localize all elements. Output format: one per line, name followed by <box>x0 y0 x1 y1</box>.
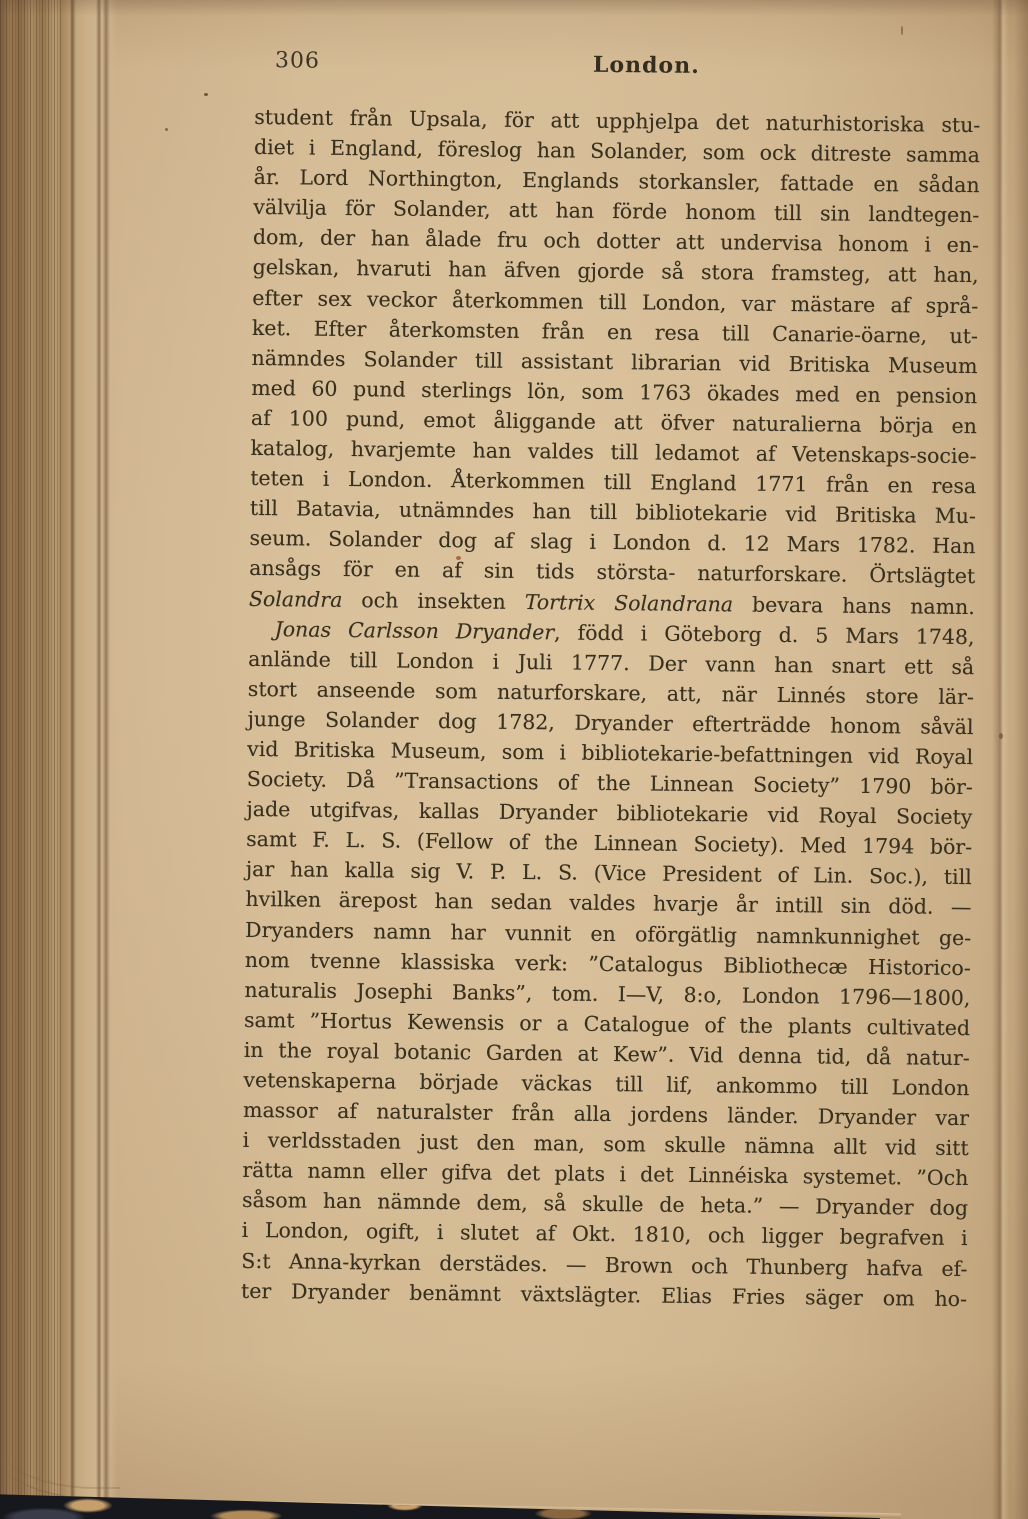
page-number: 306 <box>275 48 320 74</box>
page-content: 306 London. student från Upsala, för att… <box>241 46 981 1314</box>
running-title: London. <box>593 52 700 79</box>
right-edge-shadow <box>1014 0 1028 1519</box>
paper-speck <box>901 26 903 35</box>
paper-speck <box>456 556 461 560</box>
paper-speck <box>999 733 1003 739</box>
top-edge-shadow <box>0 0 1028 16</box>
book-page-edges-left <box>0 0 118 1519</box>
paper-speck <box>165 128 168 131</box>
page-header: 306 London. <box>255 46 981 86</box>
paper-speck <box>204 93 208 96</box>
page-body-text: student från Upsala, för att upphjelpa d… <box>241 102 981 1314</box>
page-gutter-crease <box>992 0 1010 1519</box>
scanned-book-photo: { "page": { "number": "306", "running_ti… <box>0 0 1028 1519</box>
